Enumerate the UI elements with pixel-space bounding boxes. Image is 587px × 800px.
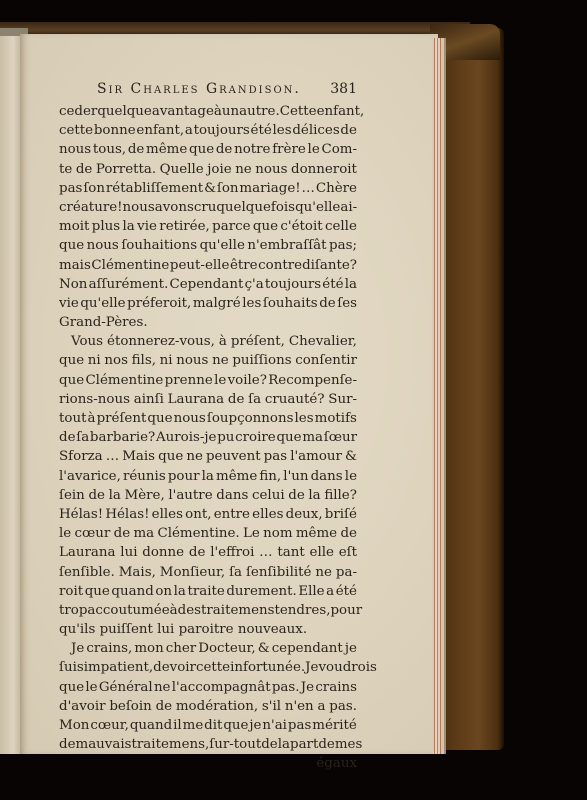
- word: mariage!: [239, 179, 300, 198]
- word: pas.: [329, 697, 357, 716]
- word: celle: [325, 217, 357, 236]
- word: que: [59, 371, 84, 390]
- word: tous,: [93, 140, 126, 159]
- word: cœur: [75, 524, 111, 543]
- word: l'amour: [290, 447, 342, 466]
- text-line: viequ'ellepréferoit,malgrélesſouhaitsdeſ…: [59, 294, 357, 313]
- word: la: [109, 486, 121, 505]
- word: que: [59, 351, 84, 370]
- word: cette: [59, 121, 93, 140]
- word: quand: [130, 716, 172, 735]
- text-line: tedePorretta.Quellejoienenousdonneroit: [59, 160, 357, 179]
- word: roit: [59, 582, 83, 601]
- word: de: [340, 524, 357, 543]
- word: Cette: [280, 102, 317, 121]
- catchword: égaux: [59, 754, 357, 773]
- word: enfant,: [136, 121, 184, 140]
- word: c'étoit: [280, 217, 322, 236]
- word: pas.: [272, 678, 300, 697]
- word: je: [345, 639, 357, 658]
- word: modération,: [176, 697, 258, 716]
- word: rétabliſſement: [106, 179, 203, 198]
- word: de: [156, 697, 173, 716]
- word: tendres,: [275, 601, 331, 620]
- word: beſoin: [109, 697, 151, 716]
- word: mes: [335, 735, 363, 754]
- text-line: ſuisimpatient,devoircetteinfortunée.Jevo…: [59, 658, 357, 677]
- word: Laurana: [59, 543, 116, 562]
- word: de: [288, 486, 305, 505]
- word: n'ai: [262, 716, 287, 735]
- word: cruauté?: [265, 390, 325, 409]
- text-line: queClémentineprennelevoile?Recompenſe-: [59, 371, 357, 390]
- word: Mon: [59, 716, 89, 735]
- page-text-block: Sir Charles Grandison. 381 cederquelquea…: [59, 80, 357, 774]
- word: être: [230, 256, 258, 275]
- text-line: deſabarbarie?Aurois-jepucroirequemaſœur: [59, 428, 357, 447]
- word: de: [340, 121, 357, 140]
- word: Elle: [298, 582, 324, 601]
- word: n'en: [285, 697, 314, 716]
- word: Hélas!: [105, 505, 149, 524]
- word: que: [59, 236, 84, 255]
- word: motifs: [315, 409, 357, 428]
- word: Docteur,: [198, 639, 255, 658]
- word: deux,: [286, 505, 323, 524]
- word: peut-elle: [170, 256, 229, 275]
- word: ſoupçonnons: [207, 409, 294, 428]
- word: part: [290, 735, 318, 754]
- text-line: cederquelqueavantageàunautre.Cetteenfant…: [59, 102, 357, 121]
- word: Non: [59, 275, 87, 294]
- word: que: [59, 678, 84, 697]
- word: nous: [176, 351, 208, 370]
- text-line: roitquequandonlatraitedurement.Elleaété: [59, 582, 357, 601]
- word: pas;: [329, 236, 357, 255]
- word: Chevalier,: [289, 332, 357, 351]
- word: &: [204, 179, 216, 198]
- text-line: Moncœur,quandilmeditquejen'aipasmérité: [59, 716, 357, 735]
- text-line: noustous,demêmequedenotrefrèreleCom-: [59, 140, 357, 159]
- word: Mais,: [119, 563, 156, 582]
- word: voir: [170, 658, 196, 677]
- text-line: Nonaſſurément.Cependantç'atoujoursétéla: [59, 275, 357, 294]
- word: contrediſante?: [258, 256, 357, 275]
- word: nous: [174, 409, 206, 428]
- word: a: [317, 697, 325, 716]
- word: entre: [214, 505, 250, 524]
- word: ſein: [59, 486, 85, 505]
- word: un: [222, 102, 239, 121]
- word: même: [296, 524, 337, 543]
- word: l'autre: [168, 486, 212, 505]
- word: de: [189, 543, 206, 562]
- word: l'un: [283, 467, 308, 486]
- word: dans: [311, 467, 343, 486]
- word: que: [253, 217, 278, 236]
- word: Clémentine.: [157, 524, 239, 543]
- word: frère: [272, 140, 306, 159]
- word: pour: [168, 467, 200, 486]
- word: cru: [194, 198, 217, 217]
- word: de: [88, 486, 105, 505]
- word: fils,: [132, 351, 156, 370]
- word: de: [216, 140, 233, 159]
- word: ſes: [337, 294, 357, 313]
- word: ainſi: [134, 390, 164, 409]
- word: ni: [88, 351, 101, 370]
- running-head: Sir Charles Grandison. 381: [59, 80, 357, 102]
- word: quand: [111, 582, 153, 601]
- text-line: quenousſouhaitionsqu'ellen'embraſſâtpas;: [59, 236, 357, 255]
- word: délices: [292, 121, 339, 140]
- text-line: moitpluslavieretirée,parcequec'étoitcell…: [59, 217, 357, 236]
- word: ſur-tout: [209, 735, 261, 754]
- text-line: demauvaistraitemens,ſur-toutdelapartdeme…: [59, 735, 357, 754]
- word: il: [173, 716, 182, 735]
- word: Je: [71, 639, 84, 658]
- text-line: créature!nousavonscruquelquefoisqu'ellea…: [59, 198, 357, 217]
- word: te: [59, 160, 72, 179]
- text-line: ſenſible.Mais,Monſieur,ſaſenſibiliténepa…: [59, 563, 357, 582]
- word: préferoit,: [127, 294, 191, 313]
- word: Porretta.: [96, 160, 156, 179]
- word: ſon: [217, 179, 239, 198]
- word: tout: [59, 409, 86, 428]
- word: ſa: [76, 428, 89, 447]
- word: pu: [217, 428, 234, 447]
- word: ne: [186, 447, 203, 466]
- word: à: [88, 409, 96, 428]
- word: pa-: [336, 563, 357, 582]
- word: Clémentine: [85, 371, 163, 390]
- word: nous: [255, 160, 287, 179]
- word: Recompenſe-: [268, 371, 357, 390]
- word: de: [319, 294, 336, 313]
- text-line: queleGénéralnel'accompagnâtpas.Jecrains: [59, 678, 357, 697]
- word: elles: [252, 505, 283, 524]
- word: Vous: [71, 332, 103, 351]
- text-line: Sforza…Maisquenepeuventpasl'amour&: [59, 447, 357, 466]
- word: ſœur: [324, 428, 357, 447]
- word: toujours: [194, 121, 250, 140]
- word: tant: [277, 543, 304, 562]
- word: peuvent: [206, 447, 261, 466]
- word: la: [202, 467, 214, 486]
- text-line: toutàpréſentquenousſoupçonnonslesmotifs: [59, 409, 357, 428]
- word: notre: [234, 140, 270, 159]
- word: préſent,: [231, 332, 285, 351]
- word: Je: [305, 658, 318, 677]
- word: ſouhaits: [263, 294, 318, 313]
- word: accoutumée: [87, 601, 169, 620]
- word: &: [345, 447, 357, 466]
- word: Com-: [321, 140, 357, 159]
- word: cher: [166, 639, 196, 658]
- word: ne: [315, 563, 332, 582]
- word: Sforza: [59, 447, 103, 466]
- word: donneroit: [291, 160, 357, 179]
- word: nous: [59, 140, 91, 159]
- word: Sur-: [328, 390, 357, 409]
- word: ſa: [229, 563, 242, 582]
- word: rions-nous: [59, 390, 130, 409]
- word: Laurana: [168, 390, 225, 409]
- word: aſſurément.: [89, 275, 169, 294]
- word: créature!: [59, 198, 123, 217]
- word: que: [147, 409, 172, 428]
- word: de: [59, 428, 76, 447]
- word: que: [223, 716, 248, 735]
- word: a: [185, 121, 193, 140]
- word: à: [214, 102, 222, 121]
- word: qu'elle: [80, 294, 125, 313]
- word: ſenſibilité: [246, 563, 311, 582]
- word: avons: [155, 198, 194, 217]
- word: fin,: [259, 467, 281, 486]
- page-number: 381: [330, 80, 357, 99]
- word: les: [273, 121, 292, 140]
- word: ne: [235, 160, 252, 179]
- word: …: [259, 543, 272, 562]
- word: que: [189, 140, 214, 159]
- word: Mère,: [125, 486, 165, 505]
- word: de: [153, 658, 170, 677]
- word: celui: [252, 486, 285, 505]
- text-line: cettebonneenfant,atoujoursétélesdélicesd…: [59, 121, 357, 140]
- word: plus: [92, 217, 120, 236]
- word: conſentir: [295, 351, 357, 370]
- word: ni: [160, 351, 173, 370]
- word: moit: [59, 217, 89, 236]
- word: on: [155, 582, 172, 601]
- word: crains: [315, 678, 357, 697]
- word: retirée,: [159, 217, 210, 236]
- word: d'avoir: [59, 697, 106, 716]
- word: …: [106, 447, 119, 466]
- word: elle: [310, 543, 334, 562]
- word: durement.: [226, 582, 296, 601]
- word: autre.: [239, 102, 280, 121]
- word: s'il: [262, 697, 281, 716]
- paragraph-start-line: Jecrains,moncherDocteur,&cependantje: [59, 639, 357, 658]
- word: à: [219, 332, 227, 351]
- word: Cependant: [170, 275, 244, 294]
- word: que: [158, 447, 183, 466]
- word: barbarie?: [90, 428, 155, 447]
- word: briſé: [325, 505, 357, 524]
- leather-cover: [440, 28, 504, 750]
- word: ma: [302, 428, 323, 447]
- word: traitemens,: [132, 735, 210, 754]
- word: enfant,: [317, 102, 365, 121]
- word: me: [183, 716, 204, 735]
- word: toujours: [265, 275, 321, 294]
- line-text: qu'ils puiſſent lui paroitre nouveaux.: [59, 620, 307, 639]
- word: la: [308, 486, 320, 505]
- word: ſa: [248, 390, 261, 409]
- text-line: ſeindelaMère,l'autredansceluidelafille?: [59, 486, 357, 505]
- word: de: [59, 735, 76, 754]
- word: même: [146, 140, 187, 159]
- word: croire: [235, 428, 276, 447]
- word: de: [261, 735, 278, 754]
- word: dit: [204, 716, 222, 735]
- word: Chère: [316, 179, 357, 198]
- word: voudrois: [318, 658, 376, 677]
- word: trop: [59, 601, 87, 620]
- word: impatient,: [84, 658, 153, 677]
- word: je: [249, 716, 261, 735]
- word: fille?: [324, 486, 357, 505]
- word: Clémentine: [91, 256, 169, 275]
- word: Le: [243, 524, 260, 543]
- word: ne: [212, 351, 229, 370]
- word: ne: [154, 678, 171, 697]
- word: les: [242, 294, 261, 313]
- word: bonne: [94, 121, 136, 140]
- left-page-edge: [0, 36, 22, 754]
- text-line: pasſonrétabliſſement&ſonmariage!…Chère: [59, 179, 357, 198]
- word: a: [326, 582, 334, 601]
- word: ont,: [185, 505, 211, 524]
- word: été: [336, 582, 357, 601]
- word: parce: [212, 217, 250, 236]
- word: mérité: [312, 716, 357, 735]
- word: même: [216, 467, 257, 486]
- word: cependant: [272, 639, 343, 658]
- word: de: [228, 390, 245, 409]
- text-line: Hélas!Hélas!ellesont,entreellesdeux,briſ…: [59, 505, 357, 524]
- word: le: [345, 467, 357, 486]
- word: ſenſible.: [59, 563, 115, 582]
- word: ma: [133, 524, 154, 543]
- word: quelquefois: [216, 198, 295, 217]
- word: la: [174, 582, 186, 601]
- word: ſon: [83, 179, 105, 198]
- word: eſt: [339, 543, 357, 562]
- text-line: qu'ils puiſſent lui paroitre nouveaux.: [59, 620, 357, 639]
- word: pas: [264, 447, 287, 466]
- word: Général: [99, 678, 153, 697]
- word: le: [59, 524, 71, 543]
- word: le: [308, 140, 320, 159]
- text-line: d'avoirbeſoindemodération,s'iln'enapas.: [59, 697, 357, 716]
- word: nous: [87, 236, 119, 255]
- text-line: Grand-Pères.: [59, 313, 357, 332]
- word: le: [85, 678, 97, 697]
- word: crains,: [86, 639, 132, 658]
- word: les: [295, 409, 314, 428]
- word: traite: [187, 582, 224, 601]
- word: que: [85, 582, 110, 601]
- word: pour: [330, 601, 362, 620]
- line-text: Grand-Pères.: [59, 313, 148, 332]
- text-line: tropaccoutuméeàdestraitemenstendres,pour: [59, 601, 357, 620]
- word: n'embraſſât: [247, 236, 326, 255]
- word: été: [251, 121, 272, 140]
- word: traitemens: [201, 601, 274, 620]
- word: vie: [59, 294, 79, 313]
- word: ceder: [59, 102, 97, 121]
- word: prenne: [165, 371, 213, 390]
- word: de: [114, 524, 131, 543]
- text-line: Lauranaluidonnedel'effroi…tantelleeſt: [59, 543, 357, 562]
- word: mais: [59, 256, 91, 275]
- word: le: [214, 371, 226, 390]
- word: à: [170, 601, 178, 620]
- text-line: maisClémentinepeut-elleêtrecontrediſante…: [59, 256, 357, 275]
- word: que: [276, 428, 301, 447]
- word: Mais: [122, 447, 155, 466]
- word: pas: [288, 716, 311, 735]
- word: pas: [59, 179, 82, 198]
- word: l'accompagnât: [172, 678, 271, 697]
- word: cette: [196, 658, 230, 677]
- word: ç'a: [245, 275, 264, 294]
- text-line: queninosfils,ninousnepuiſſionsconſentir: [59, 351, 357, 370]
- word: infortunée.: [230, 658, 305, 677]
- word: préſent: [97, 409, 147, 428]
- word: lui: [120, 543, 137, 562]
- word: étonnerez-vous,: [107, 332, 215, 351]
- word: l'effroi: [210, 543, 254, 562]
- word: réunis: [123, 467, 166, 486]
- word: quelque: [97, 102, 152, 121]
- word: mon: [134, 639, 163, 658]
- word: des: [178, 601, 201, 620]
- word: Je: [301, 678, 314, 697]
- word: puiſſions: [232, 351, 291, 370]
- text-line: l'avarice,réunispourlamêmefin,l'undansle: [59, 467, 357, 486]
- word: nous: [123, 198, 155, 217]
- word: donne: [142, 543, 184, 562]
- word: avantage: [152, 102, 214, 121]
- word: …: [302, 179, 315, 198]
- word: été: [322, 275, 343, 294]
- word: &: [258, 639, 270, 658]
- running-head-title: Sir Charles Grandison.: [97, 80, 301, 99]
- word: ai-: [340, 198, 357, 217]
- text-line: lecœurdemaClémentine.Lenommêmede: [59, 524, 357, 543]
- word: l'avarice,: [59, 467, 121, 486]
- word: mauvais: [76, 735, 132, 754]
- word: nos: [104, 351, 128, 370]
- word: la: [123, 217, 135, 236]
- word: ſuis: [59, 658, 84, 677]
- word: dans: [216, 486, 248, 505]
- word: voile?: [228, 371, 267, 390]
- word: Quelle: [160, 160, 204, 179]
- word: la: [345, 275, 357, 294]
- word: de: [128, 140, 145, 159]
- word: elles: [152, 505, 183, 524]
- word: Aurois-je: [156, 428, 217, 447]
- word: joie: [207, 160, 231, 179]
- word: Monſieur,: [160, 563, 225, 582]
- word: de: [76, 160, 93, 179]
- word: malgré: [193, 294, 241, 313]
- page-fore-edge: [432, 38, 446, 754]
- word: la: [278, 735, 290, 754]
- word: nom: [263, 524, 292, 543]
- word: vie: [137, 217, 157, 236]
- word: cœur,: [90, 716, 129, 735]
- word: Hélas!: [59, 505, 103, 524]
- word: de: [318, 735, 335, 754]
- paragraph-start-line: Vousétonnerez-vous,àpréſent,Chevalier,: [59, 332, 357, 351]
- word: qu'elle: [295, 198, 340, 217]
